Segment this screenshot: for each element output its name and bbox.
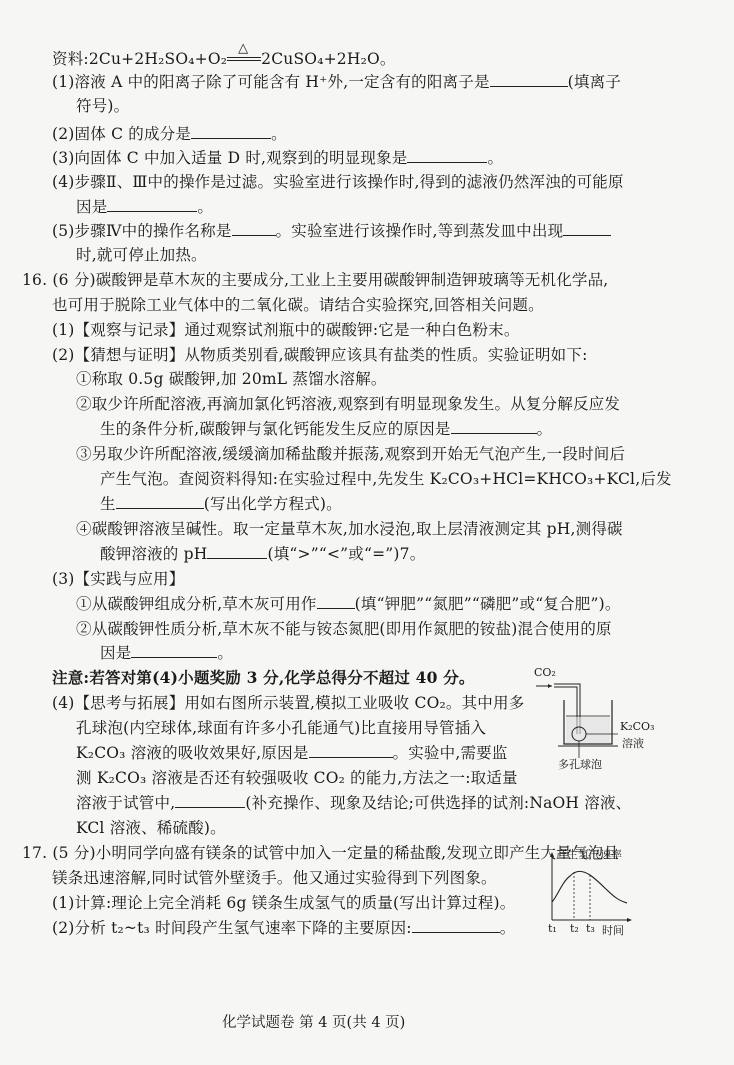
q16-app1: ①从碳酸钾组成分析,草木灰可用作(填“钾肥”“氮肥”“磷肥”或“复合肥”)。 [76, 594, 621, 614]
q17-part2-after: 。 [500, 919, 516, 937]
q16-app1-after: (填“钾肥”“氮肥”“磷肥”或“复合肥”)。 [355, 595, 621, 613]
page-footer: 化学试题卷 第 4 页(共 4 页) [222, 1011, 405, 1032]
answer-blank[interactable] [412, 918, 500, 933]
material-prefix: 资料: [52, 50, 89, 68]
q16-part4f: KCl 溶液、稀硫酸)。 [76, 818, 226, 838]
q16-step4b-after: (填“>”“<”或“=”)7。 [267, 545, 425, 563]
rate-curve-chart [540, 850, 660, 940]
q16-part4b: 孔球泡(内空球体,球面有许多小孔能通气)比直接用导管插入 [76, 718, 486, 738]
answer-blank[interactable] [116, 494, 204, 509]
q16-part4c-after: 。实验中,需要监 [393, 744, 508, 762]
q17-header: 17. (5 分)小明同学向盛有镁条的试管中加入一定量的稀盐酸,发现立即产生大量… [22, 843, 619, 863]
answer-blank[interactable] [191, 124, 271, 139]
q16-part4a: (4)【思考与拓展】用如右图所示装置,模拟工业吸收 CO₂。其中用多 [52, 693, 524, 713]
q16-app2b: 因是。 [100, 643, 233, 663]
q16-app2b-text: 因是 [100, 644, 131, 662]
q16-part4e-text: 溶液于试管中, [76, 794, 175, 812]
q15-1-cont: 符号)。 [76, 96, 129, 116]
q16-step4a: ④碳酸钾溶液呈碱性。取一定量草木灰,加水浸泡,取上层清液测定其 pH,测得碳 [76, 519, 623, 539]
material-equation: 资料:2Cu+2H₂SO₄+O₂△2CuSO₄+2H₂O。 [52, 49, 396, 69]
answer-blank[interactable] [490, 72, 568, 87]
q15-4: (4)步骤Ⅱ、Ⅲ中的操作是过滤。实验室进行该操作时,得到的滤液仍然浑浊的可能原 [52, 172, 624, 192]
q15-5: (5)步骤Ⅳ中的操作名称是。实验室进行该操作时,等到蒸发皿中出现 [52, 221, 611, 241]
q16-part3: (3)【实践与应用】 [52, 569, 184, 589]
answer-blank[interactable] [207, 544, 267, 559]
q16-step2b: 生的条件分析,碳酸钾与氯化钙能发生反应的原因是。 [100, 419, 552, 439]
q16-part1: (1)【观察与记录】通过观察试剂瓶中的碳酸钾:它是一种白色粉末。 [52, 320, 520, 340]
q15-1: (1)溶液 A 中的阳离子除了可能含有 H⁺外,一定含有的阳离子是(填离子 [52, 72, 621, 92]
q16-part4c: K₂CO₃ 溶液的吸收效果好,原因是。实验中,需要监 [76, 743, 508, 763]
equation-right: 2CuSO₄+2H₂O。 [261, 50, 395, 68]
q16-part4e: 溶液于试管中,(补充操作、现象及结论;可供选择的试剂:NaOH 溶液、 [76, 793, 631, 813]
q16-step3c: 生(写出化学方程式)。 [100, 494, 342, 514]
q15-4-cont-text: 因是 [76, 198, 107, 216]
q16-app2b-after: 。 [217, 644, 233, 662]
answer-blank[interactable] [107, 197, 197, 212]
delta-icon: △ [238, 39, 248, 59]
t1-tick: t₁ [548, 922, 557, 935]
q16-step4b-text: 酸钾溶液的 pH [100, 545, 207, 563]
q15-5-cont: 时,就可停止加热。 [76, 245, 207, 265]
answer-blank[interactable] [563, 221, 611, 236]
q15-5-text: (5)步骤Ⅳ中的操作名称是 [52, 222, 232, 240]
q16-part4e-after: (补充操作、现象及结论;可供选择的试剂:NaOH 溶液、 [245, 794, 631, 812]
q15-2: (2)固体 C 的成分是。 [52, 124, 287, 144]
q15-1-after: (填离子 [568, 73, 621, 91]
answer-blank[interactable] [232, 221, 276, 236]
q17-part2-text: (2)分析 t₂~t₃ 时间段产生氢气速率下降的主要原因: [52, 919, 412, 937]
q16-step3c-text: 生 [100, 495, 116, 513]
q15-4-after: 。 [197, 198, 213, 216]
answer-blank[interactable] [407, 148, 487, 163]
q17-part1: (1)计算:理论上完全消耗 6g 镁条生成氢气的质量(写出计算过程)。 [52, 893, 515, 913]
q16-step2b-text: 生的条件分析,碳酸钾与氯化钙能发生反应的原因是 [100, 420, 451, 438]
x-axis-label: 时间 [602, 922, 624, 938]
solution-label: 溶液 [622, 735, 644, 751]
q16-step1: ①称取 0.5g 碳酸钾,加 20mL 蒸馏水溶解。 [76, 369, 387, 389]
hydrogen-rate-graph: 产生氢气速率 t₁ t₂ t₃ 时间 [540, 850, 660, 940]
q16-app2a: ②从碳酸钾性质分析,草木灰不能与铵态氮肥(即用作氮肥的铵盐)混合使用的原 [76, 619, 612, 639]
answer-blank[interactable] [131, 643, 217, 658]
co2-absorption-apparatus-figure: CO₂ K₂CO₃ 溶液 多孔球泡 [528, 664, 658, 774]
heat-condition-sign: △ [227, 53, 261, 67]
answer-blank[interactable] [451, 419, 537, 434]
q15-3-text: (3)向固体 C 中加入适量 D 时,观察到的明显现象是 [52, 149, 407, 167]
q16-part4c-text: K₂CO₃ 溶液的吸收效果好,原因是 [76, 744, 309, 762]
exam-page: 资料:2Cu+2H₂SO₄+O₂△2CuSO₄+2H₂O。 (1)溶液 A 中的… [0, 0, 734, 1065]
q15-4-cont: 因是。 [76, 197, 213, 217]
q15-5-middle: 。实验室进行该操作时,等到蒸发皿中出现 [276, 222, 564, 240]
q16-app1-text: ①从碳酸钾组成分析,草木灰可用作 [76, 595, 317, 613]
q15-2-after: 。 [271, 125, 287, 143]
q16-part2: (2)【猜想与证明】从物质类别看,碳酸钾应该具有盐类的性质。实验证明如下: [52, 345, 588, 365]
answer-blank[interactable] [175, 793, 245, 808]
q15-1-text: (1)溶液 A 中的阳离子除了可能含有 H⁺外,一定含有的阳离子是 [52, 73, 490, 91]
t2-tick: t₂ [570, 922, 579, 935]
bonus-notice: 注意:若答对第(4)小题奖励 3 分,化学总得分不超过 40 分。 [52, 668, 475, 688]
k2co3-label: K₂CO₃ [620, 720, 654, 733]
q17-header-cont: 镁条迅速溶解,同时试管外壁烫手。他又通过实验得到下列图象。 [52, 868, 497, 888]
q16-step3c-after: (写出化学方程式)。 [204, 495, 342, 513]
q16-step2a: ②取少许所配溶液,再滴加氯化钙溶液,观察到有明显现象发生。从复分解反应发 [76, 394, 620, 414]
t3-tick: t₃ [586, 922, 595, 935]
y-axis-label: 产生氢气速率 [556, 846, 622, 862]
q16-step2-end: 。 [537, 420, 553, 438]
q16-step4b: 酸钾溶液的 pH(填“>”“<”或“=”)7。 [100, 544, 425, 564]
co2-label: CO₂ [534, 666, 556, 679]
q15-2-text: (2)固体 C 的成分是 [52, 125, 191, 143]
q15-3-after: 。 [487, 149, 503, 167]
q16-header-cont: 也可用于脱除工业气体中的二氧化碳。请结合实验探究,回答相关问题。 [52, 295, 544, 315]
q16-header: 16. (6 分)碳酸钾是草木灰的主要成分,工业上主要用碳酸钾制造钾玻璃等无机化… [22, 270, 608, 290]
q16-part4d: 测 K₂CO₃ 溶液是否还有较强吸收 CO₂ 的能力,方法之一:取适量 [76, 768, 518, 788]
answer-blank[interactable] [309, 743, 393, 758]
q16-step3b: 产生气泡。查阅资料得知:在实验过程中,先发生 K₂CO₃+HCl=KHCO₃+K… [100, 469, 672, 489]
q17-part2: (2)分析 t₂~t₃ 时间段产生氢气速率下降的主要原因:。 [52, 918, 515, 938]
equation-left: 2Cu+2H₂SO₄+O₂ [89, 50, 227, 68]
q16-step3a: ③另取少许所配溶液,缓缓滴加稀盐酸并振荡,观察到开始无气泡产生,一段时间后 [76, 444, 625, 464]
q15-3: (3)向固体 C 中加入适量 D 时,观察到的明显现象是。 [52, 148, 503, 168]
bubbler-label: 多孔球泡 [558, 756, 602, 772]
answer-blank[interactable] [317, 594, 355, 609]
